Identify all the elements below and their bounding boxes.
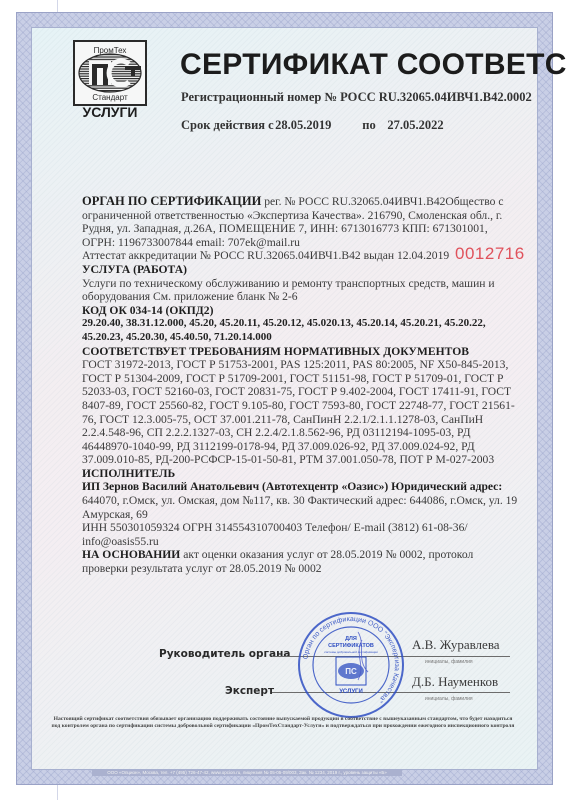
head-hint: инициалы, фамилия bbox=[425, 659, 473, 665]
expert-label: Эксперт bbox=[225, 685, 274, 697]
to-label: по bbox=[362, 118, 384, 133]
ps-mark-icon: ПромТех Стандарт bbox=[75, 42, 145, 104]
svg-text:ПромТех: ПромТех bbox=[94, 46, 127, 55]
compliance-heading: СООТВЕТСТВУЕТ ТРЕБОВАНИЯМ НОРМАТИВНЫХ ДО… bbox=[82, 345, 520, 359]
footer-line-1: Настоящий сертификат соответствия обязыв… bbox=[50, 716, 516, 723]
certificate-body: ОРГАН ПО СЕРТИФИКАЦИИ рег. № РОСС RU.320… bbox=[82, 195, 520, 576]
svg-text:Стандарт: Стандарт bbox=[92, 93, 128, 102]
logo-label: УСЛУГИ bbox=[73, 104, 147, 120]
valid-to-date: 27.05.2022 bbox=[387, 118, 443, 133]
promtekh-logo: ПромТех Стандарт bbox=[73, 40, 147, 106]
service-text: Услуги по техническому обслуживанию и ре… bbox=[82, 277, 520, 304]
code-values: 29.20.40, 38.31.12.000, 45.20, 45.20.11,… bbox=[82, 317, 520, 344]
validity-period: Срок действия с 28.05.2019 по 27.05.2022 bbox=[181, 118, 444, 133]
expert-name: Д.Б. Науменков bbox=[412, 674, 498, 690]
svg-text:СЕРТИФИКАТОВ: СЕРТИФИКАТОВ bbox=[328, 643, 374, 649]
basis-section: НА ОСНОВАНИИ акт оценки оказания услуг о… bbox=[82, 548, 520, 575]
compliance-text: ГОСТ 31972-2013, ГОСТ Р 51753-2001, PAS … bbox=[82, 358, 520, 467]
organ-section: ОРГАН ПО СЕРТИФИКАЦИИ рег. № РОСС RU.320… bbox=[82, 195, 520, 249]
expert-hint: инициалы, фамилия bbox=[425, 696, 473, 702]
accreditation: Аттестат аккредитации № РОСС RU.32065.04… bbox=[82, 249, 520, 263]
valid-from-date: 28.05.2019 bbox=[275, 118, 359, 133]
head-name: А.В. Журавлева bbox=[412, 637, 500, 653]
executor-contacts: ИНН 550301059324 ОГРН 314554310700403 Те… bbox=[82, 521, 520, 548]
executor-address: 644070, г.Омск, ул. Омская, дом №117, кв… bbox=[82, 494, 520, 521]
validity-label: Срок действия с bbox=[181, 118, 272, 133]
svg-text:УСЛУГИ: УСЛУГИ bbox=[339, 689, 363, 695]
service-heading: УСЛУГА (РАБОТА) bbox=[82, 263, 520, 277]
footer-line-2: под контролем органа по сертификации сис… bbox=[50, 723, 516, 730]
printer-imprint: ООО «Опцион», Москва, тел. +7 (495) 726-… bbox=[92, 770, 402, 776]
stamp-seal-icon: Орган по сертификации ООО "Экспертиза Ка… bbox=[296, 610, 406, 720]
document-title: СЕРТИФИКАТ СООТВЕТСТВИЯ bbox=[180, 48, 566, 82]
svg-text:ПС: ПС bbox=[345, 667, 357, 676]
organ-heading: ОРГАН ПО СЕРТИФИКАЦИИ bbox=[82, 194, 261, 208]
head-label: Руководитель органа bbox=[159, 648, 290, 660]
registration-number: Регистрационный номер № РОСС RU.32065.04… bbox=[181, 90, 532, 105]
code-heading: КОД ОК 034-14 (ОКПД2) bbox=[82, 304, 520, 318]
footer-notice: Настоящий сертификат соответствия обязыв… bbox=[50, 716, 516, 730]
executor-name: ИП Зернов Василий Анатольевич (Автотехце… bbox=[82, 480, 520, 494]
basis-heading: НА ОСНОВАНИИ bbox=[82, 548, 180, 561]
svg-text:ДЛЯ: ДЛЯ bbox=[345, 636, 357, 642]
executor-heading: ИСПОЛНИТЕЛЬ bbox=[82, 467, 520, 481]
svg-text:системы добровольной сертифика: системы добровольной сертификации bbox=[324, 650, 378, 654]
